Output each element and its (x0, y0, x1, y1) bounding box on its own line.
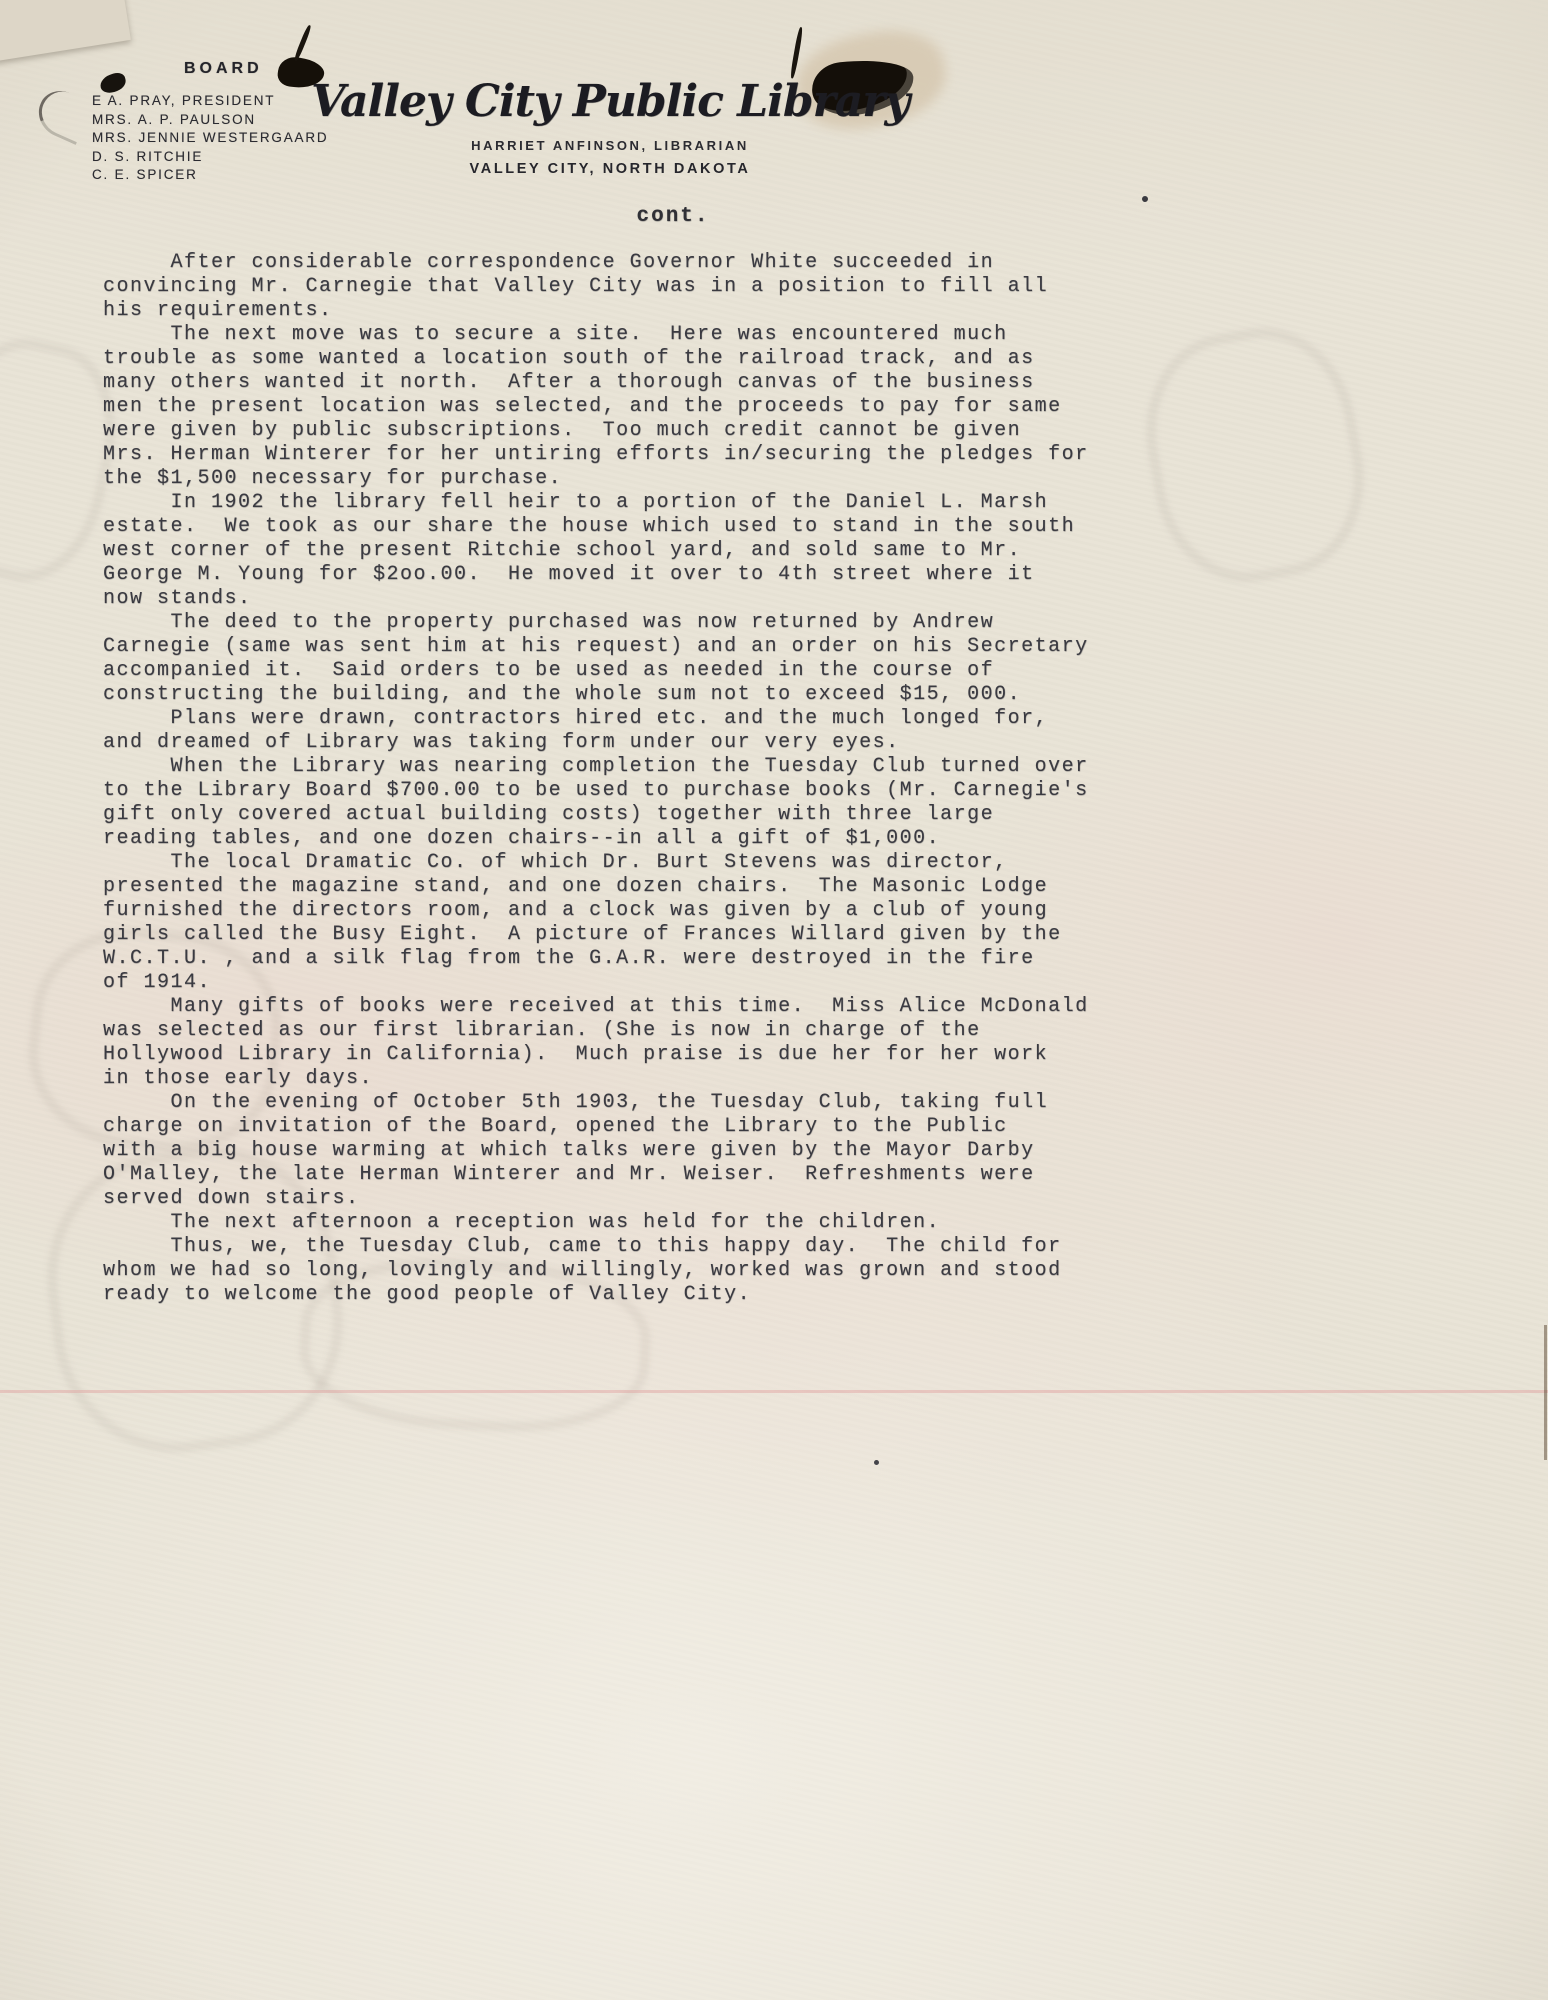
scan-artifact-line (0, 1390, 1548, 1393)
scan-edge-strip (1544, 1325, 1547, 1460)
paragraph: When the Library was nearing completion … (103, 755, 1253, 851)
paragraph: The local Dramatic Co. of which Dr. Burt… (103, 851, 1253, 995)
paragraph: Many gifts of books were received at thi… (103, 995, 1253, 1091)
letterhead-masthead: Valley City Public Library HARRIET ANFIN… (240, 76, 980, 177)
paragraph: The next move was to secure a site. Here… (103, 323, 1253, 491)
paragraph: Plans were drawn, contractors hired etc.… (103, 707, 1253, 755)
paragraph: The deed to the property purchased was n… (103, 611, 1253, 707)
document-body: After considerable correspondence Govern… (103, 251, 1253, 1307)
corner-fold-mark (0, 0, 131, 63)
paragraph: On the evening of October 5th 1903, the … (103, 1091, 1253, 1211)
pencil-hook-mark (31, 84, 94, 145)
location-line: VALLEY CITY, NORTH DAKOTA (240, 161, 980, 177)
paragraph: In 1902 the library fell heir to a porti… (103, 491, 1253, 611)
librarian-line: HARRIET ANFINSON, LIBRARIAN (240, 138, 980, 153)
continuation-heading: cont. (103, 205, 1243, 228)
paragraph: The next afternoon a reception was held … (103, 1211, 1253, 1235)
scanned-letter-page: BOARD E A. PRAY, PRESIDENT MRS. A. P. PA… (0, 0, 1548, 2000)
library-title: Valley City Public Library (240, 76, 980, 128)
paragraph: After considerable correspondence Govern… (103, 251, 1253, 323)
paragraph: Thus, we, the Tuesday Club, came to this… (103, 1235, 1253, 1307)
ink-speck (874, 1460, 879, 1465)
ink-speck (1142, 196, 1148, 202)
